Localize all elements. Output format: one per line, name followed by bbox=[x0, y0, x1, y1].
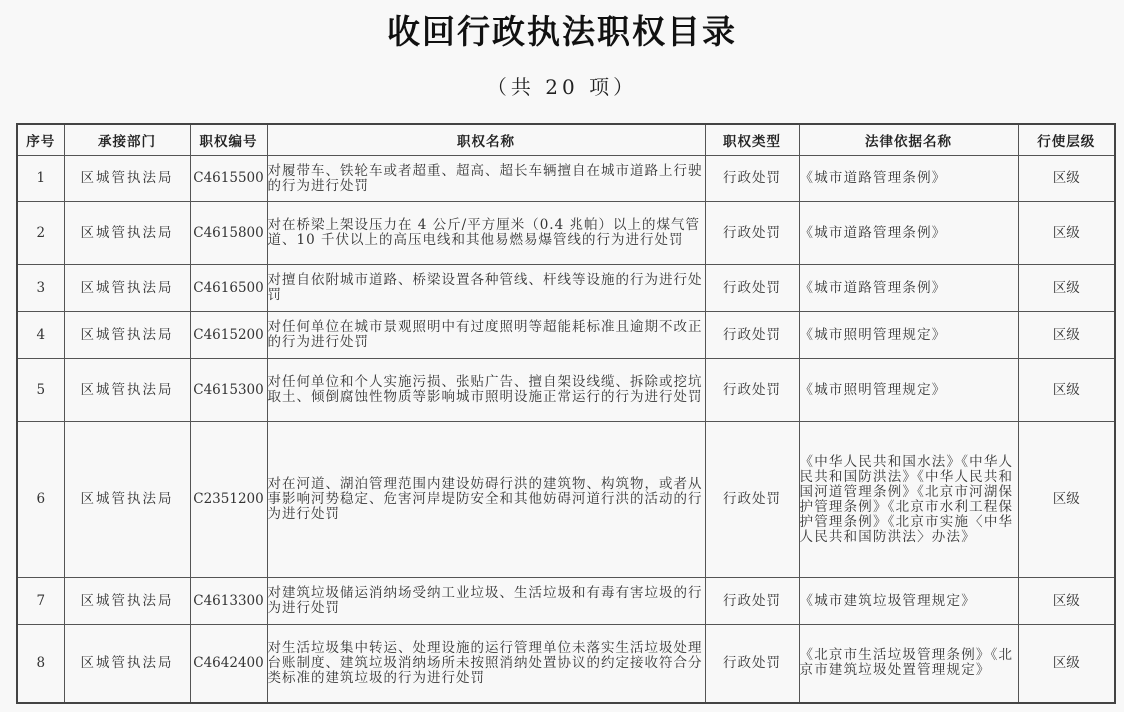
cell-basis: 《城市道路管理条例》 bbox=[799, 202, 1018, 265]
table-row: 5 区城管执法局 C4615300 对任何单位和个人实施污损、张贴广告、擅自架设… bbox=[17, 359, 1115, 422]
cell-code: C4615800 bbox=[190, 202, 267, 265]
cell-seq: 2 bbox=[17, 202, 64, 265]
cell-dept: 区城管执法局 bbox=[64, 202, 190, 265]
cell-type: 行政处罚 bbox=[705, 578, 799, 625]
cell-name: 对履带车、铁轮车或者超重、超高、超长车辆擅自在城市道路上行驶的行为进行处罚 bbox=[267, 156, 705, 202]
cell-name: 对建筑垃圾储运消纳场受纳工业垃圾、生活垃圾和有毒有害垃圾的行为进行处罚 bbox=[267, 578, 705, 625]
table-row: 1 区城管执法局 C4615500 对履带车、铁轮车或者超重、超高、超长车辆擅自… bbox=[17, 156, 1115, 202]
cell-basis: 《中华人民共和国水法》《中华人民共和国防洪法》《中华人民共和国河道管理条例》《北… bbox=[799, 422, 1018, 578]
cell-name: 对任何单位在城市景观照明中有过度照明等超能耗标准且逾期不改正的行为进行处罚 bbox=[267, 312, 705, 359]
item-count-subtitle: （共 20 项） bbox=[0, 73, 1124, 101]
cell-level: 区级 bbox=[1018, 156, 1115, 202]
cell-seq: 1 bbox=[17, 156, 64, 202]
header-level: 行使层级 bbox=[1018, 124, 1115, 156]
page-title: 收回行政执法职权目录 bbox=[0, 10, 1124, 54]
cell-seq: 6 bbox=[17, 422, 64, 578]
cell-type: 行政处罚 bbox=[705, 156, 799, 202]
cell-basis: 《城市道路管理条例》 bbox=[799, 156, 1018, 202]
cell-level: 区级 bbox=[1018, 265, 1115, 312]
cell-seq: 5 bbox=[17, 359, 64, 422]
cell-dept: 区城管执法局 bbox=[64, 312, 190, 359]
table-row: 6 区城管执法局 C2351200 对在河道、湖泊管理范围内建设妨碍行洪的建筑物… bbox=[17, 422, 1115, 578]
cell-basis: 《北京市生活垃圾管理条例》《北京市建筑垃圾处置管理规定》 bbox=[799, 625, 1018, 703]
header-basis: 法律依据名称 bbox=[799, 124, 1018, 156]
table-row: 8 区城管执法局 C4642400 对生活垃圾集中转运、处理设施的运行管理单位未… bbox=[17, 625, 1115, 703]
cell-seq: 8 bbox=[17, 625, 64, 703]
cell-name: 对生活垃圾集中转运、处理设施的运行管理单位未落实生活垃圾处理台账制度、建筑垃圾消… bbox=[267, 625, 705, 703]
cell-level: 区级 bbox=[1018, 578, 1115, 625]
cell-name: 对任何单位和个人实施污损、张贴广告、擅自架设线缆、拆除或挖坑取土、倾倒腐蚀性物质… bbox=[267, 359, 705, 422]
cell-code: C4642400 bbox=[190, 625, 267, 703]
table-row: 7 区城管执法局 C4613300 对建筑垃圾储运消纳场受纳工业垃圾、生活垃圾和… bbox=[17, 578, 1115, 625]
cell-dept: 区城管执法局 bbox=[64, 578, 190, 625]
cell-name: 对擅自依附城市道路、桥梁设置各种管线、杆线等设施的行为进行处罚 bbox=[267, 265, 705, 312]
cell-basis: 《城市照明管理规定》 bbox=[799, 359, 1018, 422]
cell-code: C4613300 bbox=[190, 578, 267, 625]
cell-code: C4616500 bbox=[190, 265, 267, 312]
cell-type: 行政处罚 bbox=[705, 312, 799, 359]
cell-seq: 7 bbox=[17, 578, 64, 625]
cell-seq: 3 bbox=[17, 265, 64, 312]
cell-basis: 《城市建筑垃圾管理规定》 bbox=[799, 578, 1018, 625]
cell-level: 区级 bbox=[1018, 359, 1115, 422]
cell-level: 区级 bbox=[1018, 202, 1115, 265]
cell-dept: 区城管执法局 bbox=[64, 265, 190, 312]
cell-level: 区级 bbox=[1018, 312, 1115, 359]
table-row: 4 区城管执法局 C4615200 对任何单位在城市景观照明中有过度照明等超能耗… bbox=[17, 312, 1115, 359]
cell-basis: 《城市道路管理条例》 bbox=[799, 265, 1018, 312]
cell-seq: 4 bbox=[17, 312, 64, 359]
table-row: 2 区城管执法局 C4615800 对在桥梁上架设压力在 4 公斤/平方厘米（0… bbox=[17, 202, 1115, 265]
cell-level: 区级 bbox=[1018, 625, 1115, 703]
cell-level: 区级 bbox=[1018, 422, 1115, 578]
cell-name: 对在河道、湖泊管理范围内建设妨碍行洪的建筑物、构筑物，或者从事影响河势稳定、危害… bbox=[267, 422, 705, 578]
header-name: 职权名称 bbox=[267, 124, 705, 156]
cell-code: C4615300 bbox=[190, 359, 267, 422]
cell-type: 行政处罚 bbox=[705, 422, 799, 578]
cell-code: C2351200 bbox=[190, 422, 267, 578]
cell-dept: 区城管执法局 bbox=[64, 422, 190, 578]
cell-code: C4615200 bbox=[190, 312, 267, 359]
cell-dept: 区城管执法局 bbox=[64, 156, 190, 202]
cell-type: 行政处罚 bbox=[705, 202, 799, 265]
header-dept: 承接部门 bbox=[64, 124, 190, 156]
authority-catalog-table: 序号 承接部门 职权编号 职权名称 职权类型 法律依据名称 行使层级 1 区城管… bbox=[16, 123, 1116, 704]
cell-code: C4615500 bbox=[190, 156, 267, 202]
cell-type: 行政处罚 bbox=[705, 625, 799, 703]
header-code: 职权编号 bbox=[190, 124, 267, 156]
cell-type: 行政处罚 bbox=[705, 359, 799, 422]
header-type: 职权类型 bbox=[705, 124, 799, 156]
cell-type: 行政处罚 bbox=[705, 265, 799, 312]
header-seq: 序号 bbox=[17, 124, 64, 156]
table-header-row: 序号 承接部门 职权编号 职权名称 职权类型 法律依据名称 行使层级 bbox=[17, 124, 1115, 156]
cell-basis: 《城市照明管理规定》 bbox=[799, 312, 1018, 359]
cell-dept: 区城管执法局 bbox=[64, 359, 190, 422]
cell-dept: 区城管执法局 bbox=[64, 625, 190, 703]
cell-name: 对在桥梁上架设压力在 4 公斤/平方厘米（0.4 兆帕）以上的煤气管道、10 千… bbox=[267, 202, 705, 265]
table-row: 3 区城管执法局 C4616500 对擅自依附城市道路、桥梁设置各种管线、杆线等… bbox=[17, 265, 1115, 312]
